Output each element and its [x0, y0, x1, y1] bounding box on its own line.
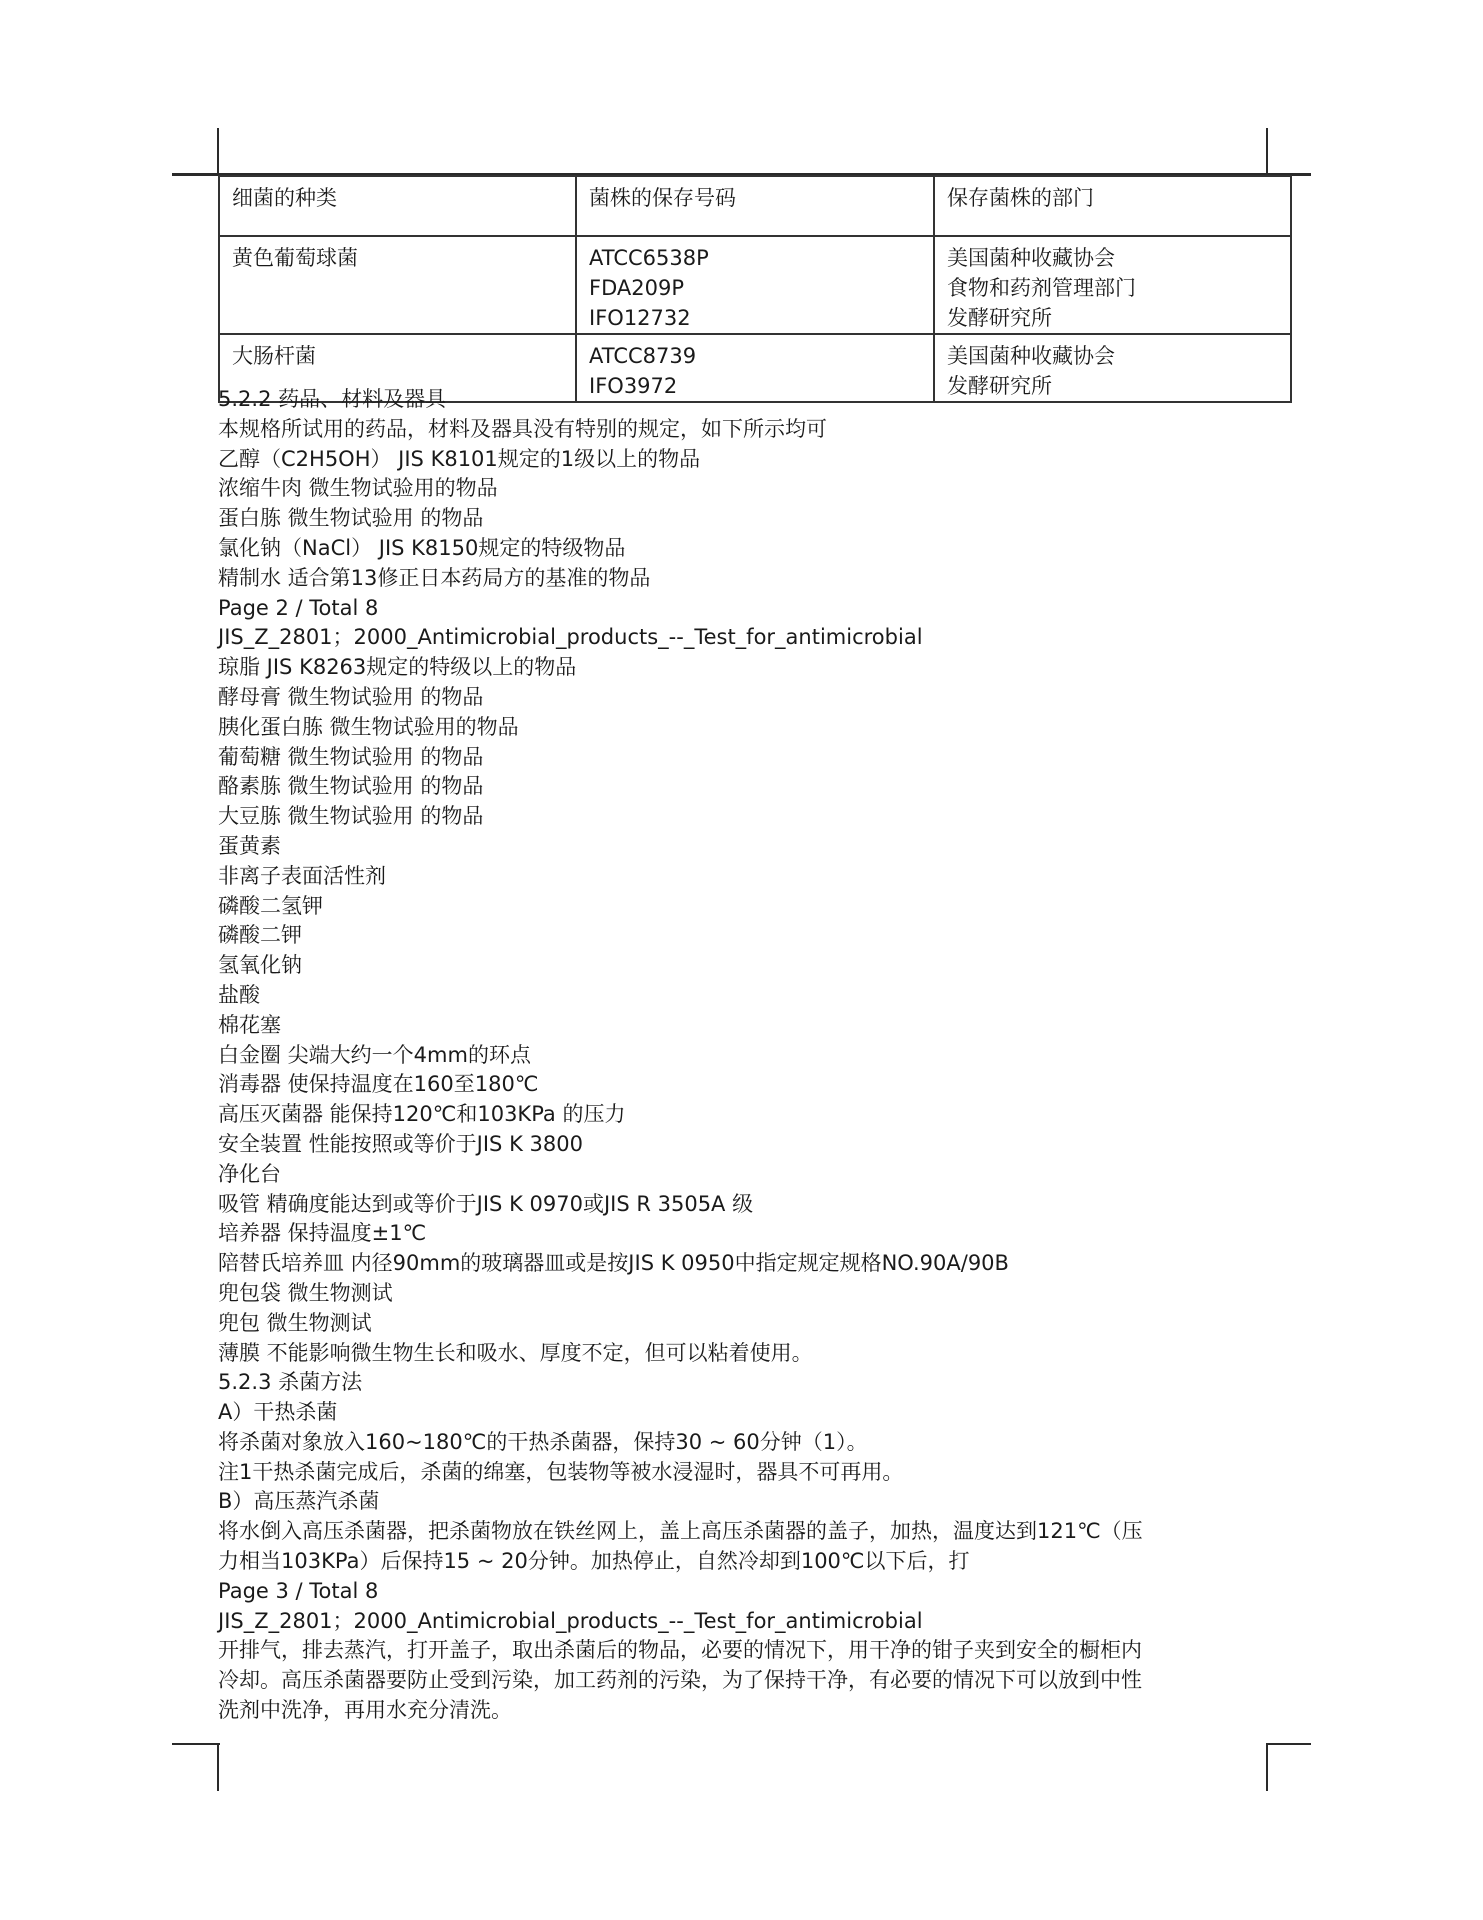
text-line: 胰化蛋白胨 微生物试验用的物品: [218, 713, 1298, 743]
strain-code: IFO12732: [589, 303, 921, 333]
text-line: 大豆胨 微生物试验用 的物品: [218, 802, 1298, 832]
text-line: 兜包袋 微生物测试: [218, 1279, 1298, 1309]
text-line: 本规格所试用的药品，材料及器具没有特别的规定，如下所示均可: [218, 415, 1298, 445]
text-line: 琼脂 JIS K8263规定的特级以上的物品: [218, 653, 1298, 683]
text-line: 消毒器 使保持温度在160至180℃: [218, 1070, 1298, 1100]
strain-code: ATCC6538P: [589, 243, 921, 273]
species-cell: 黄色葡萄球菌: [219, 236, 576, 334]
table-row: 黄色葡萄球菌 ATCC6538P FDA209P IFO12732 美国菌种收藏…: [219, 236, 1291, 334]
text-line: 蛋白胨 微生物试验用 的物品: [218, 504, 1298, 534]
text-line: 5.2.2 药品、材料及器具: [218, 385, 1298, 415]
crop-mark-bottom-left-vertical: [217, 1743, 219, 1791]
crop-mark-top-left-horizontal: [172, 173, 220, 176]
department: 美国菌种收藏协会: [947, 341, 1278, 371]
table-header-row: 细菌的种类 菌株的保存号码 保存菌株的部门: [219, 176, 1291, 236]
text-line: 棉花塞: [218, 1011, 1298, 1041]
text-line: 白金圈 尖端大约一个4mm的环点: [218, 1041, 1298, 1071]
text-line: 兜包 微生物测试: [218, 1309, 1298, 1339]
department: 食物和药剂管理部门: [947, 273, 1278, 303]
text-line: Page 2 / Total 8: [218, 594, 1298, 624]
text-line: 非离子表面活性剂: [218, 862, 1298, 892]
text-line: JIS_Z_2801；2000_Antimicrobial_products_-…: [218, 1607, 1298, 1637]
text-line: 浓缩牛肉 微生物试验用的物品: [218, 474, 1298, 504]
text-line: 洗剂中洗净，再用水充分清洗。: [218, 1696, 1298, 1726]
document-body: 5.2.2 药品、材料及器具本规格所试用的药品，材料及器具没有特别的规定，如下所…: [218, 385, 1298, 1726]
department: 美国菌种收藏协会: [947, 243, 1278, 273]
text-line: 盐酸: [218, 981, 1298, 1011]
text-line: 将杀菌对象放入160~180℃的干热杀菌器，保持30 ~ 60分钟（1）。: [218, 1428, 1298, 1458]
crop-mark-bottom-right-horizontal: [1266, 1743, 1311, 1745]
codes-cell: ATCC6538P FDA209P IFO12732: [576, 236, 934, 334]
text-line: Page 3 / Total 8: [218, 1577, 1298, 1607]
text-line: 吸管 精确度能达到或等价于JIS K 0970或JIS R 3505A 级: [218, 1190, 1298, 1220]
text-line: 酵母膏 微生物试验用 的物品: [218, 683, 1298, 713]
text-line: 精制水 适合第13修正日本药局方的基准的物品: [218, 564, 1298, 594]
text-line: 磷酸二钾: [218, 921, 1298, 951]
text-line: 蛋黄素: [218, 832, 1298, 862]
strain-code: FDA209P: [589, 273, 921, 303]
text-line: 培养器 保持温度±1℃: [218, 1219, 1298, 1249]
crop-mark-top-left-vertical: [217, 128, 219, 176]
crop-mark-bottom-left-horizontal: [172, 1743, 220, 1745]
text-line: 薄膜 不能影响微生物生长和吸水、厚度不定，但可以粘着使用。: [218, 1339, 1298, 1369]
text-line: 开排气，排去蒸汽，打开盖子，取出杀菌后的物品，必要的情况下，用干净的钳子夹到安全…: [218, 1636, 1298, 1666]
text-line: 氯化钠（NaCl） JIS K8150规定的特级物品: [218, 534, 1298, 564]
header-strain-code: 菌株的保存号码: [576, 176, 934, 236]
text-line: 葡萄糖 微生物试验用 的物品: [218, 743, 1298, 773]
text-line: 将水倒入高压杀菌器，把杀菌物放在铁丝网上，盖上高压杀菌器的盖子，加热，温度达到1…: [218, 1517, 1298, 1547]
strain-table: 细菌的种类 菌株的保存号码 保存菌株的部门 黄色葡萄球菌 ATCC6538P F…: [218, 175, 1292, 403]
text-line: 净化台: [218, 1160, 1298, 1190]
text-line: 注1干热杀菌完成后，杀菌的绵塞，包装物等被水浸湿时，器具不可再用。: [218, 1458, 1298, 1488]
text-line: B）高压蒸汽杀菌: [218, 1487, 1298, 1517]
text-line: 陪替氏培养皿 内径90mm的玻璃器皿或是按JIS K 0950中指定规定规格NO…: [218, 1249, 1298, 1279]
text-line: 安全装置 性能按照或等价于JIS K 3800: [218, 1130, 1298, 1160]
crop-mark-top-right-vertical: [1266, 128, 1268, 176]
text-line: JIS_Z_2801；2000_Antimicrobial_products_-…: [218, 623, 1298, 653]
header-species: 细菌的种类: [219, 176, 576, 236]
text-line: 5.2.3 杀菌方法: [218, 1368, 1298, 1398]
text-line: 力相当103KPa）后保持15 ~ 20分钟。加热停止，自然冷却到100℃以下后…: [218, 1547, 1298, 1577]
department: 发酵研究所: [947, 303, 1278, 333]
header-department: 保存菌株的部门: [934, 176, 1291, 236]
text-line: 酪素胨 微生物试验用 的物品: [218, 772, 1298, 802]
depts-cell: 美国菌种收藏协会 食物和药剂管理部门 发酵研究所: [934, 236, 1291, 334]
strain-code: ATCC8739: [589, 341, 921, 371]
text-line: 磷酸二氢钾: [218, 892, 1298, 922]
text-line: 冷却。高压杀菌器要防止受到污染，加工药剂的污染，为了保持干净，有必要的情况下可以…: [218, 1666, 1298, 1696]
text-line: A）干热杀菌: [218, 1398, 1298, 1428]
text-line: 高压灭菌器 能保持120℃和103KPa 的压力: [218, 1100, 1298, 1130]
crop-mark-bottom-right-vertical: [1266, 1743, 1268, 1791]
text-line: 氢氧化钠: [218, 951, 1298, 981]
text-line: 乙醇（C2H5OH） JIS K8101规定的1级以上的物品: [218, 445, 1298, 475]
